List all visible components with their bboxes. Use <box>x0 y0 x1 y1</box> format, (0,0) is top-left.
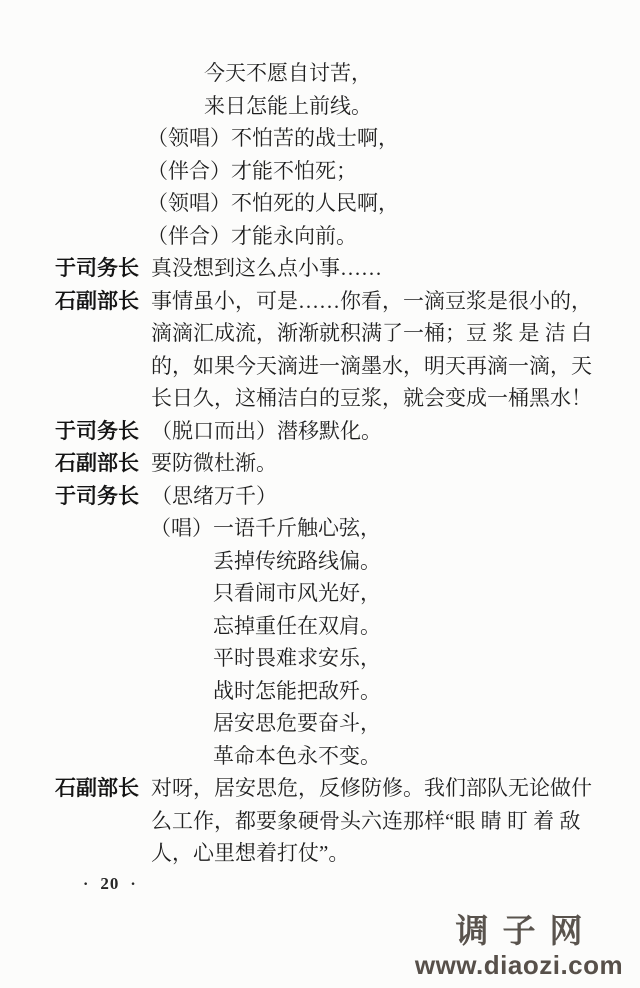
line-text: 战时怎能把敌歼。 <box>0 679 381 703</box>
line-text: 长日久，这桶洁白的豆浆，就会变成一桶黑水！ <box>0 386 592 410</box>
script-line: 人，心里想着打仗”。 <box>0 837 640 870</box>
page-number-right-dot: · <box>130 876 136 893</box>
script-line: 居安思危要奋斗， <box>0 707 640 740</box>
line-text: 今天不愿自讨苦， <box>0 61 372 85</box>
script-line: 忘掉重任在双肩。 <box>0 610 640 643</box>
script-line: （领唱）不怕死的人民啊， <box>0 187 640 220</box>
script-line: （领唱）不怕苦的战士啊， <box>0 122 640 155</box>
script-line: （伴合）才能不怕死； <box>0 155 640 188</box>
line-text: 来日怎能上前线。 <box>0 94 372 118</box>
script-line: 的，如果今天滴进一滴墨水，明天再滴一滴，天 <box>0 350 640 383</box>
watermark-site-url: www.diaozi.com <box>409 951 629 979</box>
page-number: ·20· <box>72 874 148 894</box>
page-number-value: 20 <box>100 874 119 893</box>
script-line: 来日怎能上前线。 <box>0 90 640 123</box>
script-line: 于司务长真没想到这么点小事…… <box>0 252 640 285</box>
watermark: 调子网 www.diaozi.com <box>409 913 629 979</box>
line-text: （伴合）才能不怕死； <box>0 159 357 183</box>
speaker-name: 石副部长 <box>55 772 139 805</box>
line-text: 么工作，都要象硬骨头六连那样“眼 睛 盯 着 敌 <box>0 809 580 833</box>
line-text: 革命本色永不变。 <box>0 744 381 768</box>
book-page: 今天不愿自讨苦，来日怎能上前线。（领唱）不怕苦的战士啊，（伴合）才能不怕死；（领… <box>0 0 640 988</box>
line-text: 只看闹市风光好， <box>0 581 381 605</box>
speaker-name: 石副部长 <box>55 447 139 480</box>
line-text: （伴合）才能永向前。 <box>0 224 357 248</box>
line-text: （领唱）不怕死的人民啊， <box>0 191 399 215</box>
line-text: 平时畏难求安乐， <box>0 646 381 670</box>
script-line: 今天不愿自讨苦， <box>0 57 640 90</box>
script-line: 于司务长（脱口而出）潜移默化。 <box>0 415 640 448</box>
script-line: 石副部长对呀，居安思危，反修防修。我们部队无论做什 <box>0 772 640 805</box>
script-line: （唱）一语千斤触心弦， <box>0 512 640 545</box>
script-text-block: 今天不愿自讨苦，来日怎能上前线。（领唱）不怕苦的战士啊，（伴合）才能不怕死；（领… <box>0 57 640 870</box>
line-text: 人，心里想着打仗”。 <box>0 841 349 865</box>
script-line: 滴滴汇成流，渐渐就积满了一桶；豆 浆 是 洁 白 <box>0 317 640 350</box>
speaker-name: 石副部长 <box>55 285 139 318</box>
line-text: 丢掉传统路线偏。 <box>0 549 381 573</box>
script-line: 战时怎能把敌歼。 <box>0 675 640 708</box>
page-number-left-dot: · <box>83 876 89 893</box>
script-line: 平时畏难求安乐， <box>0 642 640 675</box>
script-line: 于司务长（思绪万千） <box>0 480 640 513</box>
line-text: 的，如果今天滴进一滴墨水，明天再滴一滴，天 <box>0 354 592 378</box>
line-text: （领唱）不怕苦的战士啊， <box>0 126 399 150</box>
script-line: （伴合）才能永向前。 <box>0 220 640 253</box>
script-line: 长日久，这桶洁白的豆浆，就会变成一桶黑水！ <box>0 382 640 415</box>
script-line: 石副部长要防微杜渐。 <box>0 447 640 480</box>
line-text: 居安思危要奋斗， <box>0 711 381 735</box>
script-line: 革命本色永不变。 <box>0 740 640 773</box>
line-text: （唱）一语千斤触心弦， <box>0 516 381 540</box>
line-text: 滴滴汇成流，渐渐就积满了一桶；豆 浆 是 洁 白 <box>0 321 592 345</box>
script-line: 么工作，都要象硬骨头六连那样“眼 睛 盯 着 敌 <box>0 805 640 838</box>
speaker-name: 于司务长 <box>55 480 139 513</box>
speaker-name: 于司务长 <box>55 252 139 285</box>
script-line: 丢掉传统路线偏。 <box>0 545 640 578</box>
speaker-name: 于司务长 <box>55 415 139 448</box>
watermark-site-name: 调子网 <box>409 913 629 949</box>
script-line: 石副部长事情虽小，可是……你看，一滴豆浆是很小的， <box>0 285 640 318</box>
script-line: 只看闹市风光好， <box>0 577 640 610</box>
line-text: 忘掉重任在双肩。 <box>0 614 381 638</box>
